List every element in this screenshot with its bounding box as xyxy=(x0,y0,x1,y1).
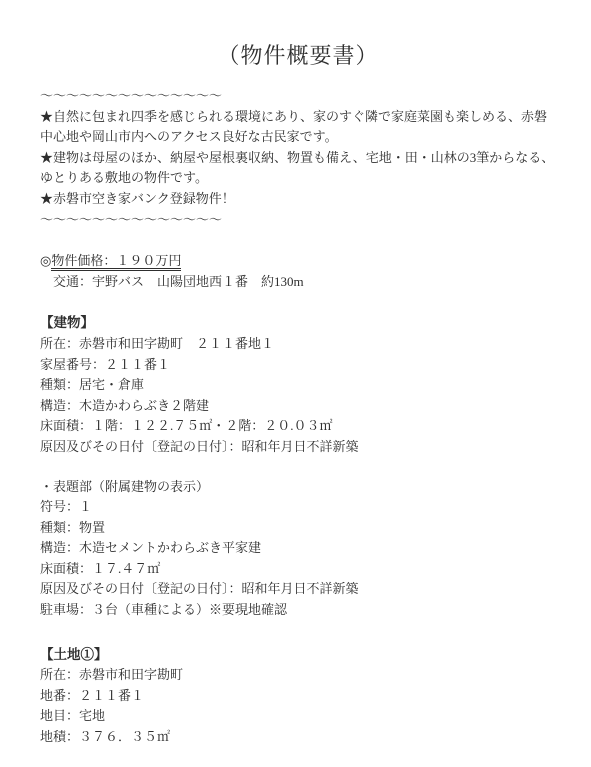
land1-lot-number: 地番：２１１番１ xyxy=(40,686,556,707)
building-registration-date: 原因及びその日付〔登記の日付〕：昭和年月日不詳新築 xyxy=(40,437,556,458)
document-title: （物件概要書） xyxy=(40,41,556,71)
annex-type: 種類：物置 xyxy=(40,518,556,539)
land1-section-heading: 【土地①】 xyxy=(40,645,556,666)
tilde-divider-bottom: ～～～～～～～～～～～～～～ xyxy=(40,210,556,231)
intro-point-nature: ★自然に包まれ四季を感じられる環境にあり、家のすぐ隣で家庭菜園も楽しめる、赤磐中… xyxy=(40,107,556,148)
access-line: 交通：宇野バス 山陽団地西１番 約130m xyxy=(40,272,556,293)
intro-point-akiya-bank: ★赤磐市空き家バンク登録物件！ xyxy=(40,189,556,210)
building-section-heading: 【建物】 xyxy=(40,313,556,334)
intro-point-buildings: ★建物は母屋のほか、納屋や屋根裏収納、物置も備え、宅地・田・山林の3筆からなる、… xyxy=(40,148,556,189)
price-value: 物件価格：１９０万円 xyxy=(51,253,181,271)
annex-structure: 構造：木造セメントかわらぶき平家建 xyxy=(40,538,556,559)
land1-area: 地積：３７６．３５㎡ xyxy=(40,727,556,748)
land1-category: 地目：宅地 xyxy=(40,706,556,727)
tilde-divider-top: ～～～～～～～～～～～～～～ xyxy=(40,86,556,107)
building-type: 種類：居宅・倉庫 xyxy=(40,375,556,396)
price-line: ◎物件価格：１９０万円 xyxy=(40,251,556,272)
building-house-number: 家屋番号：２１１番１ xyxy=(40,355,556,376)
property-summary-document: （物件概要書） ～～～～～～～～～～～～～～ ★自然に包まれ四季を感じられる環境… xyxy=(0,0,591,748)
building-structure: 構造：木造かわらぶき２階建 xyxy=(40,396,556,417)
annex-parking: 駐車場：３台（車種による）※要現地確認 xyxy=(40,600,556,621)
annex-code: 符号：１ xyxy=(40,497,556,518)
land1-location: 所在：赤磐市和田字勘町 xyxy=(40,665,556,686)
price-marker: ◎ xyxy=(40,253,51,268)
building-floor-area: 床面積：１階：１２２.７５㎡・２階：２０.０３㎡ xyxy=(40,416,556,437)
annex-floor-area: 床面積：１７.４７㎡ xyxy=(40,559,556,580)
annex-section-heading: ・表題部（附属建物の表示） xyxy=(40,477,556,498)
building-location: 所在：赤磐市和田字勘町 ２１１番地１ xyxy=(40,334,556,355)
annex-registration-date: 原因及びその日付〔登記の日付〕：昭和年月日不詳新築 xyxy=(40,579,556,600)
